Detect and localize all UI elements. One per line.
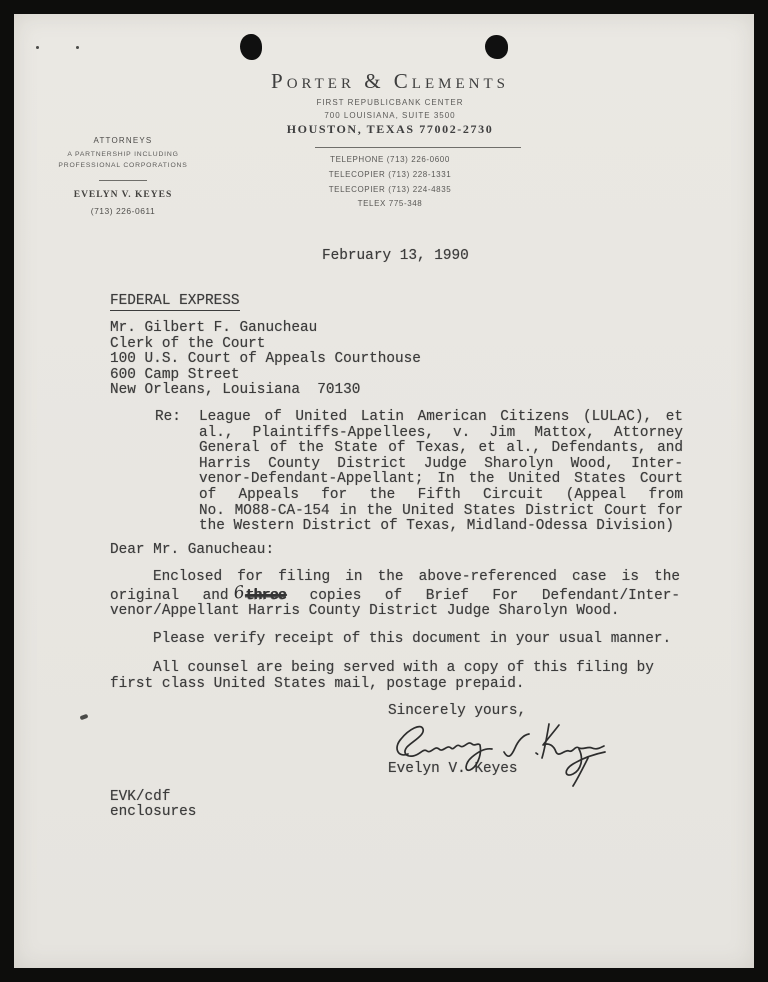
- scan-speck: [80, 714, 89, 720]
- paragraph-1-line-2-pre: original and: [110, 588, 229, 604]
- recipient-title: Clerk of the Court: [110, 337, 421, 353]
- re-line: League of United Latin American Citizens…: [199, 410, 683, 426]
- handwritten-count-annotation: 6: [232, 584, 245, 602]
- letter-date: February 13, 1990: [322, 249, 469, 265]
- re-line: the Western District of Texas, Midland-O…: [199, 519, 683, 535]
- paragraph-1-line-1: Enclosed for filing in the above-referen…: [110, 570, 680, 586]
- recipient-address-block: Mr. Gilbert F. Ganucheau Clerk of the Co…: [110, 321, 421, 399]
- recipient-address-1: 100 U.S. Court of Appeals Courthouse: [110, 352, 421, 368]
- paragraph-3-line-2: first class United States mail, postage …: [110, 677, 680, 693]
- recipient-city-line: New Orleans, Louisiana 70130: [110, 383, 421, 399]
- re-line: No. MO88-CA-154 in the United States Dis…: [199, 504, 683, 520]
- re-line: venor-Defendant-Appellant; In the United…: [199, 472, 683, 488]
- re-line: al., Plaintiffs-Appellees, v. Jim Mattox…: [199, 426, 683, 442]
- recipient-name: Mr. Gilbert F. Ganucheau: [110, 321, 421, 337]
- salutation: Dear Mr. Ganucheau:: [110, 543, 274, 559]
- delivery-method-label: FEDERAL EXPRESS: [110, 293, 240, 311]
- paragraph-2: Please verify receipt of this document i…: [110, 632, 723, 648]
- paragraph-3-line-1: All counsel are being served with a copy…: [110, 661, 680, 677]
- scan-speck: [76, 46, 79, 49]
- letter-body: February 13, 1990 FEDERAL EXPRESS Mr. Gi…: [110, 14, 680, 968]
- enclosures-note: enclosures: [110, 805, 196, 821]
- re-subject-block: League of United Latin American Citizens…: [199, 410, 683, 535]
- scanned-letter: Porter & Clements FIRST REPUBLICBANK CEN…: [0, 0, 768, 982]
- scan-speck: [36, 46, 39, 49]
- paragraph-3: All counsel are being served with a copy…: [110, 661, 680, 692]
- handwritten-signature: [392, 712, 612, 792]
- paragraph-1-line-2: original and6three copies of Brief For D…: [110, 586, 680, 605]
- paragraph-1: Enclosed for filing in the above-referen…: [110, 570, 680, 620]
- re-line: of Appeals for the Fifth Circuit (Appeal…: [199, 488, 683, 504]
- paragraph-1-line-3: venor/Appellant Harris County District J…: [110, 604, 680, 620]
- re-line: General of the State of Texas, et al., D…: [199, 441, 683, 457]
- struck-out-word: three: [245, 588, 286, 604]
- letter-paper: Porter & Clements FIRST REPUBLICBANK CEN…: [14, 14, 754, 968]
- re-label: Re:: [155, 410, 181, 426]
- delivery-method: FEDERAL EXPRESS: [110, 294, 240, 310]
- paragraph-1-line-2-post: copies of Brief For Defendant/Inter-: [310, 588, 680, 604]
